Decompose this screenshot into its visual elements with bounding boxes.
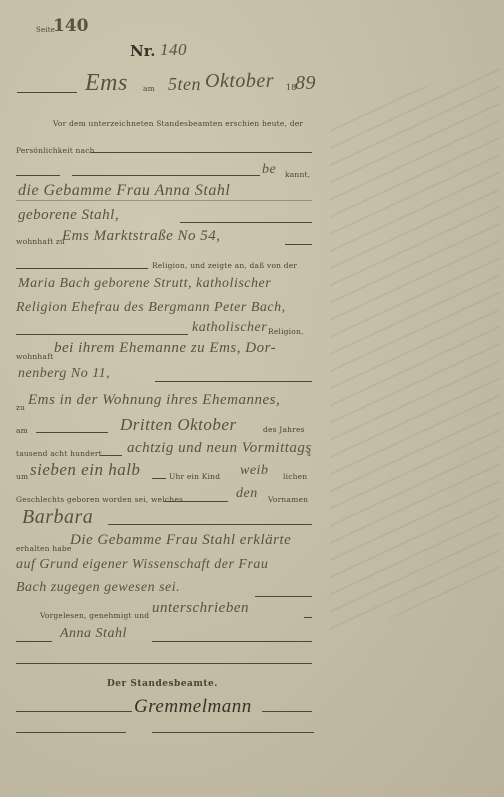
- rule: [72, 175, 260, 176]
- date-of-birth-value: Dritten Oktober: [120, 415, 237, 435]
- note-line-3: Bach zugegen gewesen sei.: [16, 580, 180, 596]
- rule: [90, 152, 312, 153]
- rule: [262, 711, 312, 712]
- rule: [16, 175, 60, 176]
- rule: [152, 641, 312, 642]
- forename-label: Vornamen: [268, 495, 308, 504]
- read-label: Vorgelesen, genehmigt und: [40, 611, 149, 620]
- rule: [304, 617, 312, 618]
- month-value: Oktober: [205, 70, 274, 93]
- year-suffix-s: s: [307, 449, 311, 458]
- rule: [16, 641, 52, 642]
- resident-value-2: nenberg No 11,: [18, 366, 110, 382]
- rule: [285, 244, 312, 245]
- rule: [100, 455, 122, 456]
- resident-value-1: bei ihrem Ehemanne zu Ems, Dor-: [54, 340, 276, 357]
- informant-signature: Anna Stahl: [60, 626, 127, 642]
- child-name: Barbara: [22, 506, 93, 529]
- rule: [16, 200, 312, 201]
- sex-value: weib: [240, 463, 268, 479]
- date-suffix: des Jahres: [263, 425, 305, 434]
- sex-suffix: lichen: [283, 472, 307, 481]
- bleed-through-reverse-text: [330, 62, 500, 637]
- date-prefix: am: [143, 84, 155, 93]
- place-of-birth-value: Ems in der Wohnung ihres Ehemannes,: [28, 392, 280, 409]
- rule: [164, 501, 228, 502]
- rule: [155, 381, 312, 382]
- year-value: achtzig und neun Vormittags: [127, 440, 312, 457]
- rule: [16, 268, 148, 269]
- religion-label-1: Religion, und zeigte an, daß von der: [152, 261, 297, 270]
- rule: [152, 478, 166, 479]
- time-label: um: [16, 472, 28, 481]
- note-line-2: auf Grund eigener Wissenschaft der Frau: [16, 557, 268, 573]
- residence-value: Ems Marktstraße No 54,: [62, 228, 221, 245]
- religion-label-2: Religion,: [268, 327, 304, 336]
- rule: [36, 432, 108, 433]
- date-label: am: [16, 426, 28, 435]
- read-value: unterschrieben: [152, 600, 249, 617]
- rule: [16, 732, 126, 733]
- known-label: kannt,: [285, 170, 310, 179]
- forename-handwritten: den: [236, 486, 258, 502]
- rule: [16, 334, 188, 335]
- rule: [180, 222, 312, 223]
- religion-value: katholischer: [192, 320, 267, 336]
- place-value: Ems: [85, 70, 128, 97]
- time-suffix: Uhr ein Kind: [169, 472, 220, 481]
- official-heading: Der Standesbeamte.: [107, 679, 218, 689]
- record-label: Nr.: [130, 42, 155, 60]
- page-number: 140: [53, 16, 89, 36]
- received-label: erhalten habe: [16, 544, 72, 553]
- time-value: sieben ein halb: [30, 460, 140, 480]
- mother-line-1: Maria Bach geborene Strutt, katholischer: [18, 276, 271, 292]
- mother-line-2: Religion Ehefrau des Bergmann Peter Bach…: [16, 300, 286, 316]
- rule: [16, 711, 132, 712]
- rule: [16, 663, 312, 664]
- note-line-1: Die Gebamme Frau Stahl erklärte: [70, 532, 291, 549]
- born-label: Geschlechts geboren worden sei, welches: [16, 495, 183, 504]
- residence-label: wohnhaft zu: [16, 237, 65, 246]
- rule: [108, 524, 312, 525]
- official-signature: Gremmelmann: [134, 696, 252, 718]
- year-label: tausend acht hundert: [16, 449, 102, 458]
- year-suffix: 89: [295, 72, 316, 95]
- rule: [255, 596, 312, 597]
- record-number: 140: [160, 40, 187, 60]
- rule: [17, 92, 77, 93]
- informant-line-2: geborene Stahl,: [18, 207, 119, 224]
- identity-label: Persönlichkeit nach: [16, 146, 95, 155]
- intro-text: Vor dem unterzeichneten Standesbeamten e…: [53, 119, 303, 128]
- day-value: 5ten: [168, 74, 201, 95]
- known-handwritten: be: [262, 162, 276, 178]
- informant-line-1: die Gebamme Frau Anna Stahl: [18, 182, 230, 200]
- rule: [152, 732, 314, 733]
- resident-label: wohnhaft: [16, 352, 53, 361]
- place-label: zu: [16, 403, 25, 412]
